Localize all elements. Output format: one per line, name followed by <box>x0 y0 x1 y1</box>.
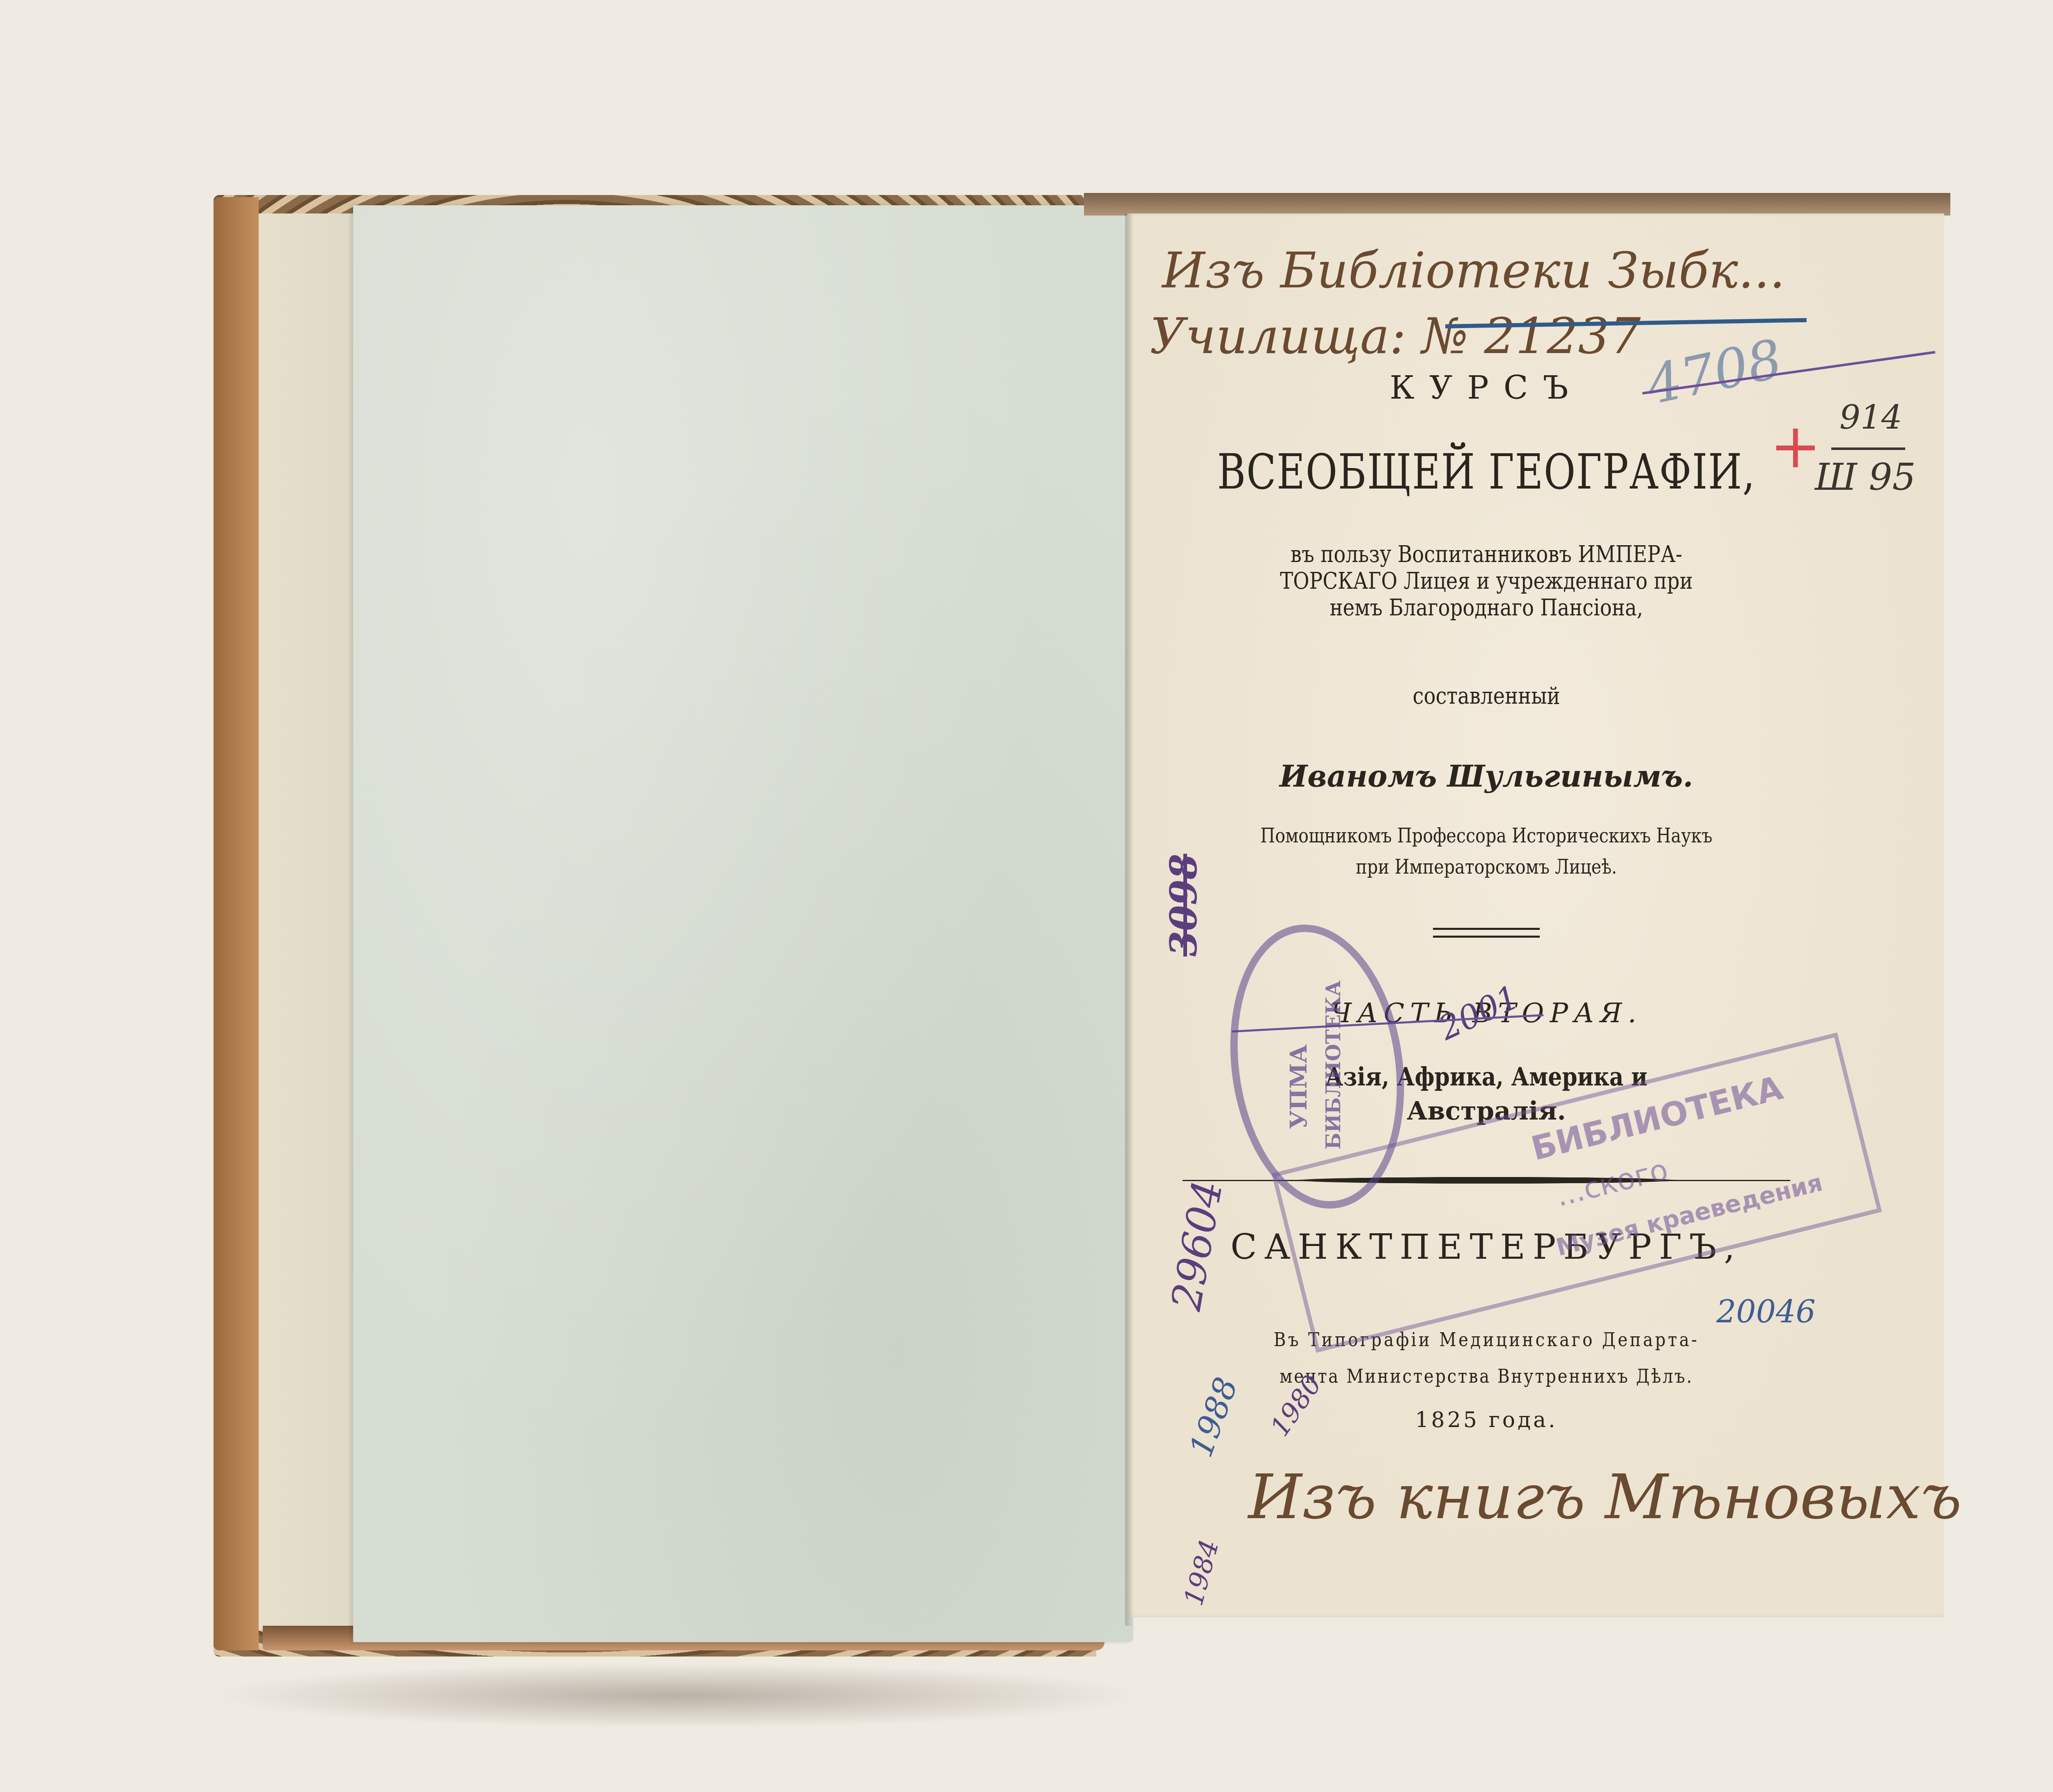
dedication-line-1: въ пользу Воспитанниковъ ИМПЕРА- <box>1190 541 1783 568</box>
text-block-top-edge <box>1084 193 1950 216</box>
bottom-ownership-inscription: Изъ книгъ Мѣновыхъ <box>1248 1462 1962 1533</box>
author-name: Иваномъ Шульгинымъ. <box>1141 759 1831 794</box>
ownership-inscription-line-2: Училища: № 21237 <box>1150 308 1641 365</box>
dedication-line-2: ТОРСКАГО Лицея и учрежденнаго при <box>1190 568 1783 594</box>
imprint-year: 1825 года. <box>1141 1408 1831 1432</box>
red-cross-mark: + <box>1770 411 1821 482</box>
blue-number-right: 20046 <box>1716 1293 1816 1330</box>
open-book: КУРСЪ ВСЕОБЩЕЙ ГЕОГРАФІИ, въ пользу Восп… <box>0 0 2053 1792</box>
leather-spine-edge <box>214 197 259 1650</box>
shelfmark-fraction-bar <box>1831 447 1905 450</box>
author-position-2: при Императорскомъ Лицеѣ. <box>1190 856 1783 879</box>
heading-main: ВСЕОБЩЕЙ ГЕОГРАФІИ, <box>1210 443 1762 500</box>
shelfmark-bottom: Ш 95 <box>1815 456 1916 499</box>
compiled-by: составленный <box>1190 683 1783 709</box>
ownership-inscription-line-1: Изъ Библіотеки Зыбк... <box>1162 242 1785 299</box>
author-position-1: Помощникомъ Профессора Историческихъ Нау… <box>1190 824 1783 847</box>
printer-line-2: мента Министерства Внутреннихъ Дѣлъ. <box>1183 1365 1790 1387</box>
page-gutter <box>1125 213 1133 1626</box>
crossed-number-left: 3098 <box>1162 854 1206 957</box>
printer-line-1: Въ Типографіи Медицинскаго Департа- <box>1183 1329 1790 1351</box>
oval-stamp-line-1: УПМА <box>1285 1044 1312 1129</box>
rect-stamp-line-2: ...ского <box>1552 1152 1672 1213</box>
double-rule-divider <box>1433 928 1540 938</box>
dedication-line-3: немъ Благороднаго Пансіона, <box>1190 594 1783 621</box>
shelfmark-top: 914 <box>1839 398 1902 436</box>
blank-flyleaf-page <box>353 205 1133 1642</box>
oval-stamp-line-2: БИБЛИОТЕКА <box>1322 980 1345 1150</box>
